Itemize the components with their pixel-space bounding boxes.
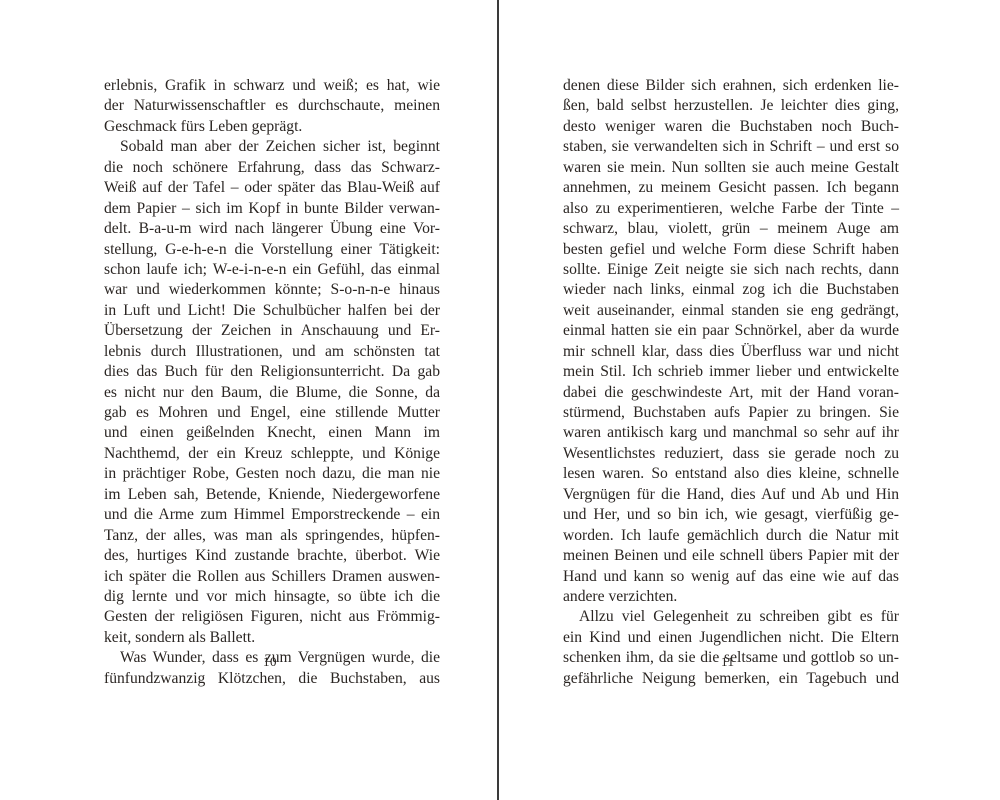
text-line: des, hurtiges Kind zustande brachte, übe… (104, 546, 440, 566)
book-spread: erlebnis, Grafik in schwarz und weiß; es… (0, 0, 1000, 800)
text-line: ein Kind und einen Jugendlichen nicht. D… (563, 628, 899, 648)
left-page: erlebnis, Grafik in schwarz und weiß; es… (0, 0, 497, 800)
text-line: in prächtiger Robe, Gesten noch dazu, di… (104, 464, 440, 484)
text-line: der Naturwissenschaftler es durchschaute… (104, 96, 440, 116)
text-line: fünfundzwanzig Klötzchen, die Buchstaben… (104, 669, 440, 689)
text-line: lebnis durch Illustrationen, und am schö… (104, 342, 440, 362)
text-line: ßen, bald selbst herzustellen. Je leicht… (563, 96, 899, 116)
text-line: Nachthemd, der ein Kreuz schleppte, und … (104, 444, 440, 464)
text-line: desto weniger waren die Buchstaben noch … (563, 117, 899, 137)
text-line: und die Arme zum Himmel Emporstreckende … (104, 505, 440, 525)
text-line: mir schnell klar, dass dies Überfluss wa… (563, 342, 899, 362)
text-line: war und wiederkommen könnte; S-o-n-n-e h… (104, 280, 440, 300)
text-line: wieder nach links, einmal zog ich die Bu… (563, 280, 899, 300)
right-page-number: 11 (721, 654, 735, 670)
text-line: und einen geißelnden Knecht, einen Mann … (104, 423, 440, 443)
text-line: gefährliche Neigung bemerken, ein Tagebu… (563, 669, 899, 689)
text-line: dem Papier – sich im Kopf in bunte Bilde… (104, 199, 440, 219)
text-line: andere verzichten. (563, 587, 899, 607)
text-line: weit auseinander, einmal standen sie eng… (563, 301, 899, 321)
text-line: ich später die Rollen aus Schillers Dram… (104, 567, 440, 587)
text-line: im Leben sah, Betende, Kniende, Niederge… (104, 485, 440, 505)
left-page-number: 10 (263, 654, 277, 670)
text-line: es nicht nur den Baum, die Blume, die So… (104, 383, 440, 403)
text-line: denen diese Bilder sich erahnen, sich er… (563, 76, 899, 96)
text-line: in Luft und Licht! Die Schulbücher halfe… (104, 301, 440, 321)
text-line: dig lernte und vor mich hinsagte, so übt… (104, 587, 440, 607)
text-line: keit, sondern als Ballett. (104, 628, 440, 648)
text-line: gab es Mohren und Engel, eine stillende … (104, 403, 440, 423)
text-line: Gesten der religiösen Figuren, nicht aus… (104, 607, 440, 627)
text-line: Wesentlichstes reduziert, dass sie gerad… (563, 444, 899, 464)
text-line: lesen waren. So entstand also dies klein… (563, 464, 899, 484)
text-line: stellung, G-e-h-e-n die Vorstellung eine… (104, 240, 440, 260)
text-line: Tanz, der alles, was man als springendes… (104, 526, 440, 546)
text-line: Vergnügen für die Hand, dies Auf und Ab … (563, 485, 899, 505)
text-line: besten gefiel und welche Form diese Schr… (563, 240, 899, 260)
right-page-text: denen diese Bilder sich erahnen, sich er… (563, 76, 899, 689)
text-line: staben, sie verwandelten sich in Schrift… (563, 137, 899, 157)
text-line: Geschmack fürs Leben geprägt. (104, 117, 440, 137)
text-line: die noch schönere Erfahrung, dass das Sc… (104, 158, 440, 178)
text-line: Sobald man aber der Zeichen sicher ist, … (104, 137, 440, 157)
right-page: denen diese Bilder sich erahnen, sich er… (500, 0, 1000, 800)
text-line: schon laufe ich; W-e-i-n-e-n ein Gefühl,… (104, 260, 440, 280)
text-line: mein Stil. Ich schrieb immer lieber und … (563, 362, 899, 382)
book-gutter-divider (497, 0, 499, 800)
text-line: delt. B-a-u-m wird nach längerer Übung e… (104, 219, 440, 239)
text-line: Hand und kann so wenig auf das eine wie … (563, 567, 899, 587)
text-line: schwarz, blau, violett, grün – meinem Au… (563, 219, 899, 239)
text-line: und Her, und so bin ich, wie gesagt, vie… (563, 505, 899, 525)
text-line: Übersetzung der Zeichen in Anschauung un… (104, 321, 440, 341)
text-line: dabei die geschwindeste Art, mit der Han… (563, 383, 899, 403)
text-line: Weiß auf der Tafel – oder später das Bla… (104, 178, 440, 198)
text-line: einmal hatten sie ein paar Schnörkel, ab… (563, 321, 899, 341)
text-line: erlebnis, Grafik in schwarz und weiß; es… (104, 76, 440, 96)
text-line: meinen Beinen und eile schnell übers Pap… (563, 546, 899, 566)
text-line: dies das Buch für den Religionsunterrich… (104, 362, 440, 382)
text-line: sollte. Einige Zeit neigte sie sich nach… (563, 260, 899, 280)
text-line: waren sie mein. Nun sollten sie auch mei… (563, 158, 899, 178)
text-line: also zu experimentieren, welche Farbe de… (563, 199, 899, 219)
text-line: annehmen, zu meinem Gesicht passen. Ich … (563, 178, 899, 198)
text-line: Allzu viel Gelegenheit zu schreiben gibt… (563, 607, 899, 627)
left-page-text: erlebnis, Grafik in schwarz und weiß; es… (104, 76, 440, 689)
text-line: worden. Ich laufe gemächlich durch die N… (563, 526, 899, 546)
text-line: stürmend, Buchstaben aufs Papier zu brin… (563, 403, 899, 423)
text-line: waren antikisch karg und manchmal so seh… (563, 423, 899, 443)
